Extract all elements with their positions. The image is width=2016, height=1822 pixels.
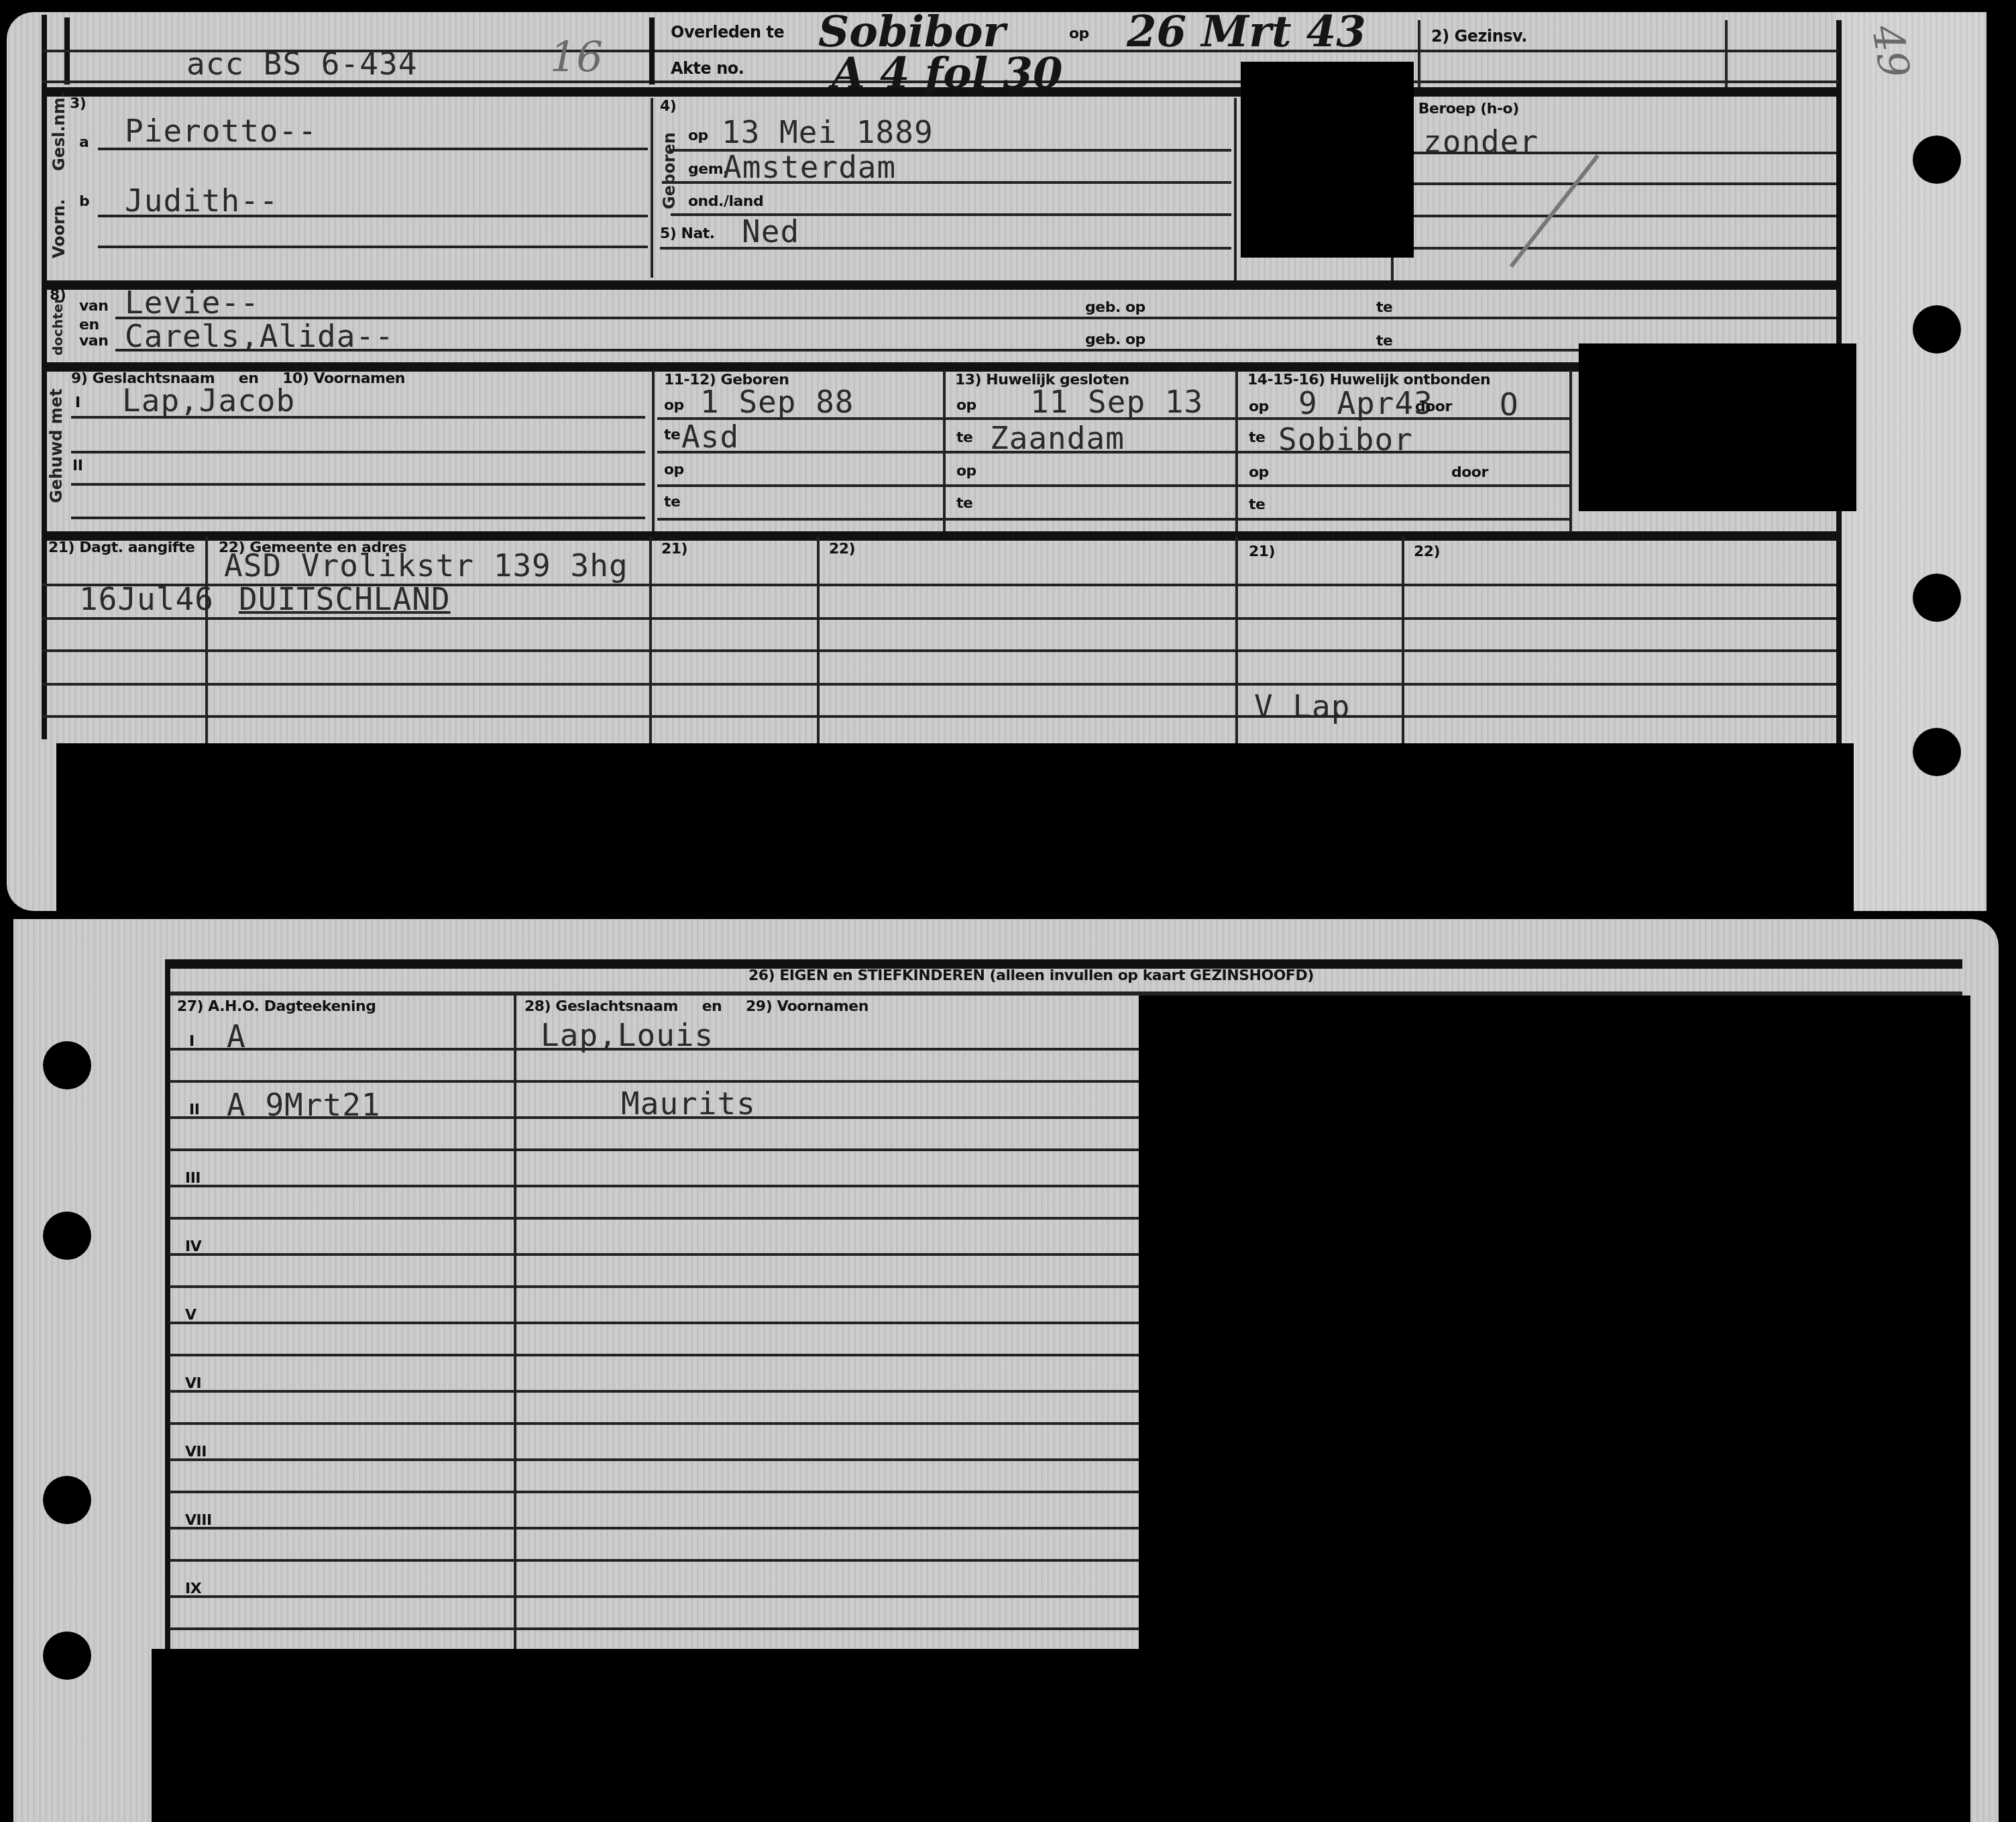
- punch-hole: [1913, 305, 1961, 354]
- door-label: door: [1451, 464, 1488, 481]
- col-divider: [943, 370, 946, 531]
- punch-hole: [43, 1212, 91, 1260]
- death-op-label: op: [1069, 25, 1089, 42]
- father-name: Levie--: [125, 284, 260, 321]
- address-col1-header: 21) Dagt. aangifte: [48, 539, 194, 556]
- spouse-row-1-numeral: I: [75, 394, 80, 411]
- rule: [169, 1217, 1139, 1220]
- rule: [660, 247, 1231, 250]
- rule: [1394, 247, 1836, 250]
- voorn-side-label: Voorn.: [50, 199, 68, 258]
- gesl-side-label: Gesl.nm.: [50, 91, 68, 171]
- rule: [169, 1491, 1139, 1493]
- rule: [169, 1080, 1139, 1083]
- rule: [657, 484, 1569, 487]
- birth-op-label: op: [688, 127, 708, 144]
- rule: [169, 1458, 1139, 1461]
- report-date: 16Jul46: [79, 581, 214, 617]
- te-label: te: [1249, 496, 1265, 513]
- rule: [169, 1185, 1139, 1187]
- punch-hole: [43, 1476, 91, 1524]
- punch-hole: [43, 1041, 91, 1089]
- rule: [671, 149, 1231, 152]
- children-section-header: 26) EIGEN en STIEFKINDEREN (alleen invul…: [748, 967, 1314, 984]
- address-col6-header: 22): [1414, 543, 1440, 560]
- rule: [169, 1422, 1139, 1425]
- header-divider-2: [649, 17, 655, 85]
- spouse-te-label: te: [664, 427, 680, 443]
- col-divider: [649, 537, 652, 745]
- reference-number: acc BS 6-434: [186, 46, 417, 82]
- redaction-children-bottom: [152, 1649, 1144, 1822]
- rule: [42, 683, 1836, 686]
- col-divider: [1235, 370, 1238, 531]
- redaction-photo-area: [1241, 62, 1414, 258]
- akte-label: Akte no.: [671, 59, 744, 78]
- address-col3-header: 21): [661, 541, 687, 557]
- rule: [42, 649, 1836, 652]
- col-divider: [205, 537, 208, 745]
- married-te-label: te: [956, 429, 972, 446]
- surname: Pierotto--: [125, 113, 317, 149]
- rule: [71, 517, 645, 519]
- rule: [169, 1559, 1139, 1562]
- address-line: ASD Vrolikstr 139 3hg: [224, 547, 628, 584]
- rule: [671, 181, 1231, 184]
- te-label: te: [664, 494, 680, 511]
- spouse-birth-date: 1 Sep 88: [700, 384, 854, 420]
- rule: [169, 1253, 1139, 1256]
- section-rule: [42, 280, 1839, 290]
- rule: [42, 715, 1836, 718]
- col-divider: [1569, 370, 1572, 531]
- te-label: te: [956, 495, 972, 512]
- address-col5-header: 21): [1249, 543, 1275, 560]
- op-label: op: [1249, 464, 1269, 481]
- header-divider-4: [1725, 20, 1728, 87]
- corner-pencil-number: 49: [1862, 21, 1920, 81]
- a-label: a: [79, 134, 89, 151]
- rule: [169, 1285, 1139, 1288]
- akte-number: A 4 fol 30: [832, 48, 1063, 99]
- rule: [169, 1627, 1139, 1630]
- dissolved-door-label: door: [1415, 398, 1452, 415]
- col-divider: [652, 370, 655, 531]
- punch-hole: [43, 1631, 91, 1680]
- op-label: op: [664, 462, 684, 478]
- rule: [657, 451, 1569, 453]
- overleden-label: Overleden te: [671, 23, 784, 42]
- birth-municipality: Amsterdam: [723, 149, 896, 185]
- marriage-date: 11 Sep 13: [1030, 384, 1203, 420]
- nationality: Ned: [742, 213, 799, 250]
- rule: [1394, 152, 1836, 154]
- children-col1-header: 27) A.H.O. Dagteekening: [177, 998, 376, 1015]
- geboren-side-label: Geboren: [660, 132, 679, 209]
- birth-section-number: 4): [660, 98, 676, 115]
- redaction-marriage-extra: [1579, 343, 1856, 511]
- ond-land-label: ond./land: [688, 193, 763, 210]
- col-divider: [817, 537, 820, 745]
- rule: [169, 1048, 1139, 1051]
- name-section-number: 3): [70, 95, 86, 112]
- rule: [657, 518, 1569, 521]
- punch-hole: [1913, 136, 1961, 184]
- rule: [71, 416, 645, 419]
- left-border: [42, 15, 47, 739]
- op-label: op: [956, 463, 976, 480]
- rule: [115, 317, 1836, 319]
- dochter-side-label: dochter: [50, 297, 66, 356]
- rule: [657, 417, 1569, 420]
- rule: [98, 148, 648, 150]
- note-v-lap: V Lap: [1254, 688, 1350, 725]
- col-divider: [1235, 537, 1238, 745]
- punch-hole: [1913, 728, 1961, 776]
- rule: [71, 483, 645, 486]
- rule: [1394, 215, 1836, 217]
- rule: [169, 1354, 1139, 1356]
- rule: [42, 617, 1836, 620]
- firstname: Judith--: [125, 182, 279, 219]
- death-date: 26 Mrt 43: [1127, 7, 1366, 57]
- punch-hole: [1913, 574, 1961, 622]
- van-label-1: van: [79, 298, 108, 315]
- gem-label: gem.: [688, 161, 728, 178]
- rule: [169, 1116, 1139, 1119]
- dissolved-op-label: op: [1249, 398, 1269, 415]
- b-label: b: [79, 193, 89, 210]
- dissolved-te-label: te: [1249, 429, 1265, 446]
- rule: [1394, 182, 1836, 185]
- dissolution-date: 9 Apr43: [1298, 385, 1433, 421]
- geb-op-label-1: geb. op: [1085, 299, 1145, 316]
- nat-label: 5) Nat.: [660, 225, 715, 242]
- gehuwd-met-side-label: Gehuwd met: [47, 388, 66, 503]
- rule: [71, 451, 645, 453]
- rule: [169, 1595, 1139, 1598]
- birth-date: 13 Mei 1889: [722, 114, 934, 150]
- spouse-op-label: op: [664, 397, 684, 414]
- children-col2-header: 28) Geslachtsnaam en 29) Voornamen: [524, 998, 869, 1015]
- col-divider: [1402, 537, 1404, 745]
- te-label-2: te: [1376, 333, 1392, 350]
- geb-op-label-2: geb. op: [1085, 331, 1145, 348]
- rule: [169, 1322, 1139, 1324]
- rule: [98, 246, 648, 248]
- pencil-mark: 16: [550, 32, 603, 81]
- address-col4-header: 22): [829, 541, 855, 557]
- header-divider-3: [1418, 20, 1420, 87]
- rule: [169, 1527, 1139, 1530]
- destination: DUITSCHLAND: [239, 581, 451, 617]
- children-left-border: [165, 959, 170, 1649]
- rule: [42, 584, 1836, 586]
- rule: [671, 213, 1231, 216]
- spouse-birth-place: Asd: [681, 419, 739, 455]
- gezinsv-label: 2) Gezinsv.: [1431, 27, 1527, 46]
- rule: [169, 1390, 1139, 1393]
- spouse-name: Lap,Jacob: [122, 382, 295, 419]
- top-card-margin-strip: [1838, 12, 1986, 911]
- redaction-children-right: [1139, 996, 1970, 1822]
- rule: [169, 1148, 1139, 1151]
- rule: [98, 215, 648, 217]
- section-divider: [1234, 98, 1237, 282]
- spouse-row-2-numeral: II: [72, 458, 82, 474]
- redaction-lower-band: [56, 743, 1854, 918]
- married-op-label: op: [956, 397, 976, 414]
- en-label: en: [79, 317, 99, 333]
- occupation-label: ) Beroep (h-o): [1407, 101, 1519, 117]
- van-label-2: van: [79, 333, 108, 350]
- te-label-1: te: [1376, 299, 1392, 316]
- section-divider: [651, 98, 653, 278]
